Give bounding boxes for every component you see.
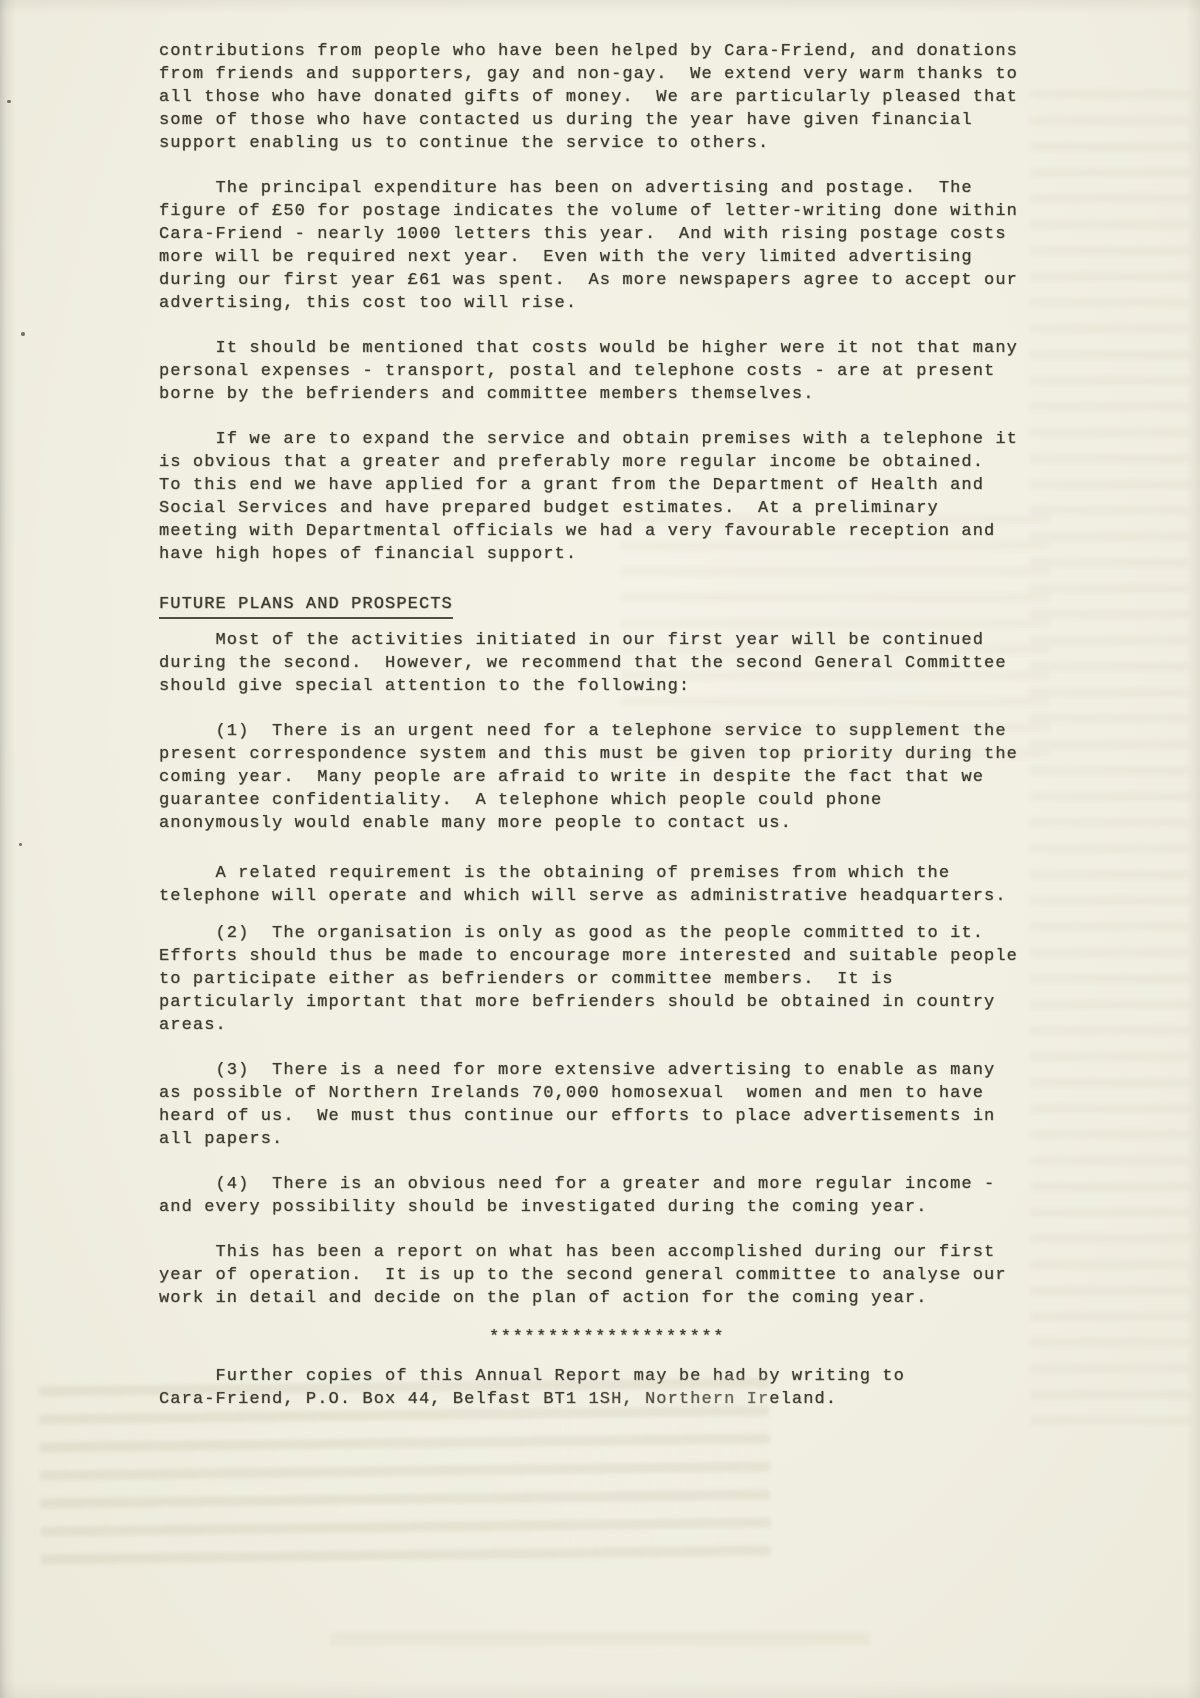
- paragraph-line: support enabling us to continue the serv…: [159, 132, 1069, 155]
- paragraph-line: anonymously would enable many more peopl…: [159, 812, 1069, 835]
- paragraph-line: should give special attention to the fol…: [159, 675, 1069, 698]
- paragraph: (2) The organisation is only as good as …: [159, 922, 1069, 1037]
- paragraph: If we are to expand the service and obta…: [159, 428, 1069, 566]
- paragraph-line: A related requirement is the obtaining o…: [159, 862, 1069, 885]
- paragraph: This has been a report on what has been …: [159, 1241, 1069, 1310]
- paragraph-line: advertising, this cost too will rise.: [159, 292, 1069, 315]
- paragraph-line: To this end we have applied for a grant …: [159, 474, 1069, 497]
- paragraph-line: all papers.: [159, 1128, 1069, 1151]
- paragraph-line: and every possibility should be investig…: [159, 1196, 1069, 1219]
- section-heading-text: FUTURE PLANS AND PROSPECTS: [159, 593, 453, 619]
- paragraph-line: heard of us. We must thus continue our e…: [159, 1105, 1069, 1128]
- paragraph-line: (3) There is a need for more extensive a…: [159, 1059, 1069, 1082]
- paragraph: contributions from people who have been …: [159, 40, 1069, 155]
- paragraph-line: areas.: [159, 1014, 1069, 1037]
- paragraph: It should be mentioned that costs would …: [159, 337, 1069, 406]
- paragraph-line: some of those who have contacted us duri…: [159, 109, 1069, 132]
- paragraph-line: particularly important that more befrien…: [159, 991, 1069, 1014]
- paragraph-line: Social Services and have prepared budget…: [159, 497, 1069, 520]
- paragraph: Further copies of this Annual Report may…: [159, 1365, 1069, 1411]
- paragraph-line: (2) The organisation is only as good as …: [159, 922, 1069, 945]
- paragraph-line: personal expenses - transport, postal an…: [159, 360, 1069, 383]
- paragraph-line: Further copies of this Annual Report may…: [159, 1365, 1069, 1388]
- paragraph-line: Most of the activities initiated in our …: [159, 629, 1069, 652]
- paragraph: Most of the activities initiated in our …: [159, 629, 1069, 698]
- paragraph-line: have high hopes of financial support.: [159, 543, 1069, 566]
- paragraph-line: is obvious that a greater and preferably…: [159, 451, 1069, 474]
- document-page: contributions from people who have been …: [0, 0, 1200, 1698]
- bleed-through-ghost-text: [330, 1632, 870, 1646]
- paragraph-line: all those who have donated gifts of mone…: [159, 86, 1069, 109]
- paper-speck: [7, 100, 11, 103]
- paragraph: (3) There is a need for more extensive a…: [159, 1059, 1069, 1151]
- paragraph-line: This has been a report on what has been …: [159, 1241, 1069, 1264]
- paper-speck: [19, 843, 22, 846]
- paragraph-line: during the second. However, we recommend…: [159, 652, 1069, 675]
- paragraph-line: figure of £50 for postage indicates the …: [159, 200, 1069, 223]
- paragraph-line: borne by the befrienders and committee m…: [159, 383, 1069, 406]
- paragraph-line: (1) There is an urgent need for a teleph…: [159, 720, 1069, 743]
- paragraph-line: meeting with Departmental officials we h…: [159, 520, 1069, 543]
- paragraph-line: (4) There is an obvious need for a great…: [159, 1173, 1069, 1196]
- paragraph-line: Efforts should thus be made to encourage…: [159, 945, 1069, 968]
- paragraph-line: more will be required next year. Even wi…: [159, 246, 1069, 269]
- paragraph-line: from friends and supporters, gay and non…: [159, 63, 1069, 86]
- asterisk-separator: ********************: [159, 1326, 1055, 1349]
- paragraph: A related requirement is the obtaining o…: [159, 862, 1069, 908]
- paragraph: (1) There is an urgent need for a teleph…: [159, 720, 1069, 835]
- paragraph-line: to participate either as befrienders or …: [159, 968, 1069, 991]
- paragraph-line: year of operation. It is up to the secon…: [159, 1264, 1069, 1287]
- paragraph-line: Cara-Friend - nearly 1000 letters this y…: [159, 223, 1069, 246]
- paragraph-line: work in detail and decide on the plan of…: [159, 1287, 1069, 1310]
- paragraph: The principal expenditure has been on ad…: [159, 177, 1069, 315]
- paragraph-line: coming year. Many people are afraid to w…: [159, 766, 1069, 789]
- paragraph-line: The principal expenditure has been on ad…: [159, 177, 1069, 200]
- paragraph-line: telephone will operate and which will se…: [159, 885, 1069, 908]
- paragraph-line: guarantee confidentiality. A telephone w…: [159, 789, 1069, 812]
- paper-speck: [21, 332, 25, 336]
- paragraph-line: If we are to expand the service and obta…: [159, 428, 1069, 451]
- paragraph-line: as possible of Northern Irelands 70,000 …: [159, 1082, 1069, 1105]
- paragraph-line: present correspondence system and this m…: [159, 743, 1069, 766]
- paragraph-line: contributions from people who have been …: [159, 40, 1069, 63]
- paragraph: (4) There is an obvious need for a great…: [159, 1173, 1069, 1219]
- paragraph-line: during our first year £61 was spent. As …: [159, 269, 1069, 292]
- paragraph-line: It should be mentioned that costs would …: [159, 337, 1069, 360]
- paragraph-line: Cara-Friend, P.O. Box 44, Belfast BT1 1S…: [159, 1388, 1069, 1411]
- section-heading: FUTURE PLANS AND PROSPECTS: [159, 593, 1069, 619]
- document-text-block: contributions from people who have been …: [159, 40, 1069, 1433]
